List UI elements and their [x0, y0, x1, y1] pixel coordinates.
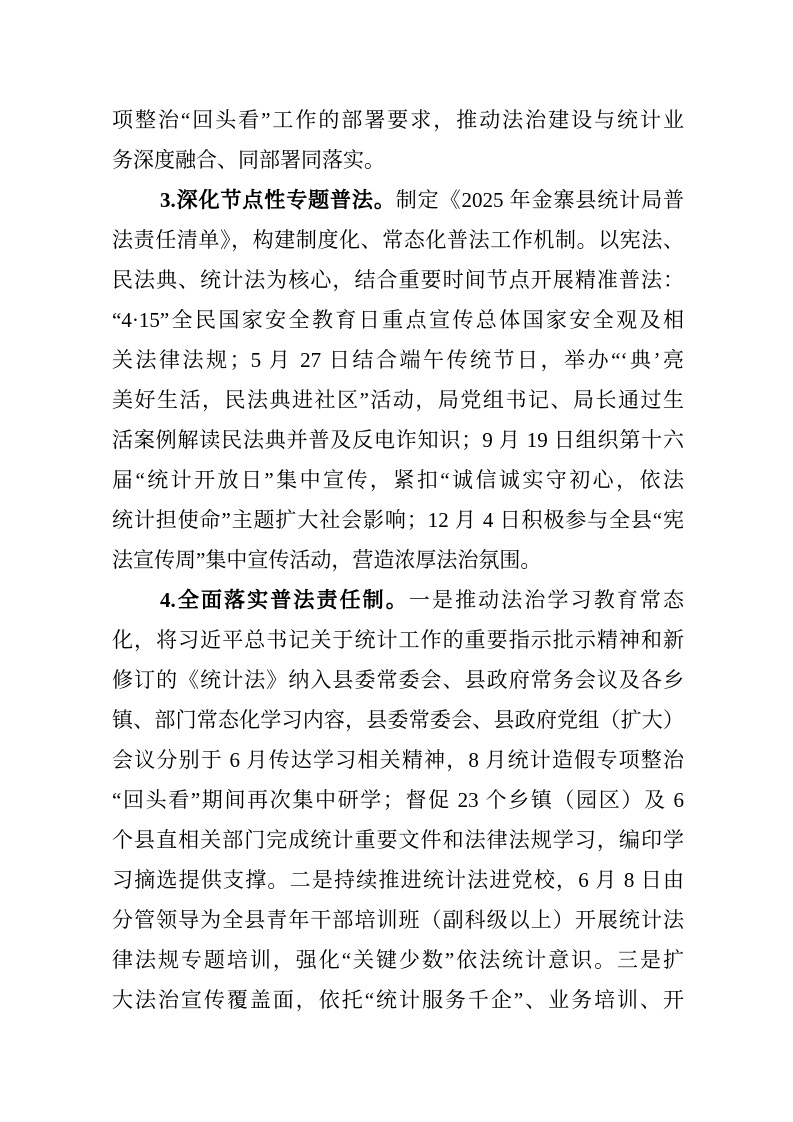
text-line: 修订的《统计法》纳入县委常委会、县政府常务会议及各乡: [112, 660, 684, 700]
text-line: 民法典、统计法为核心，结合重要时间节点开展精准普法：: [112, 260, 684, 300]
document-page: 项整治“回头看”工作的部署要求，推动法治建设与统计业务深度融合、同部署同落实。3…: [0, 0, 793, 1122]
text-line: 3.深化节点性专题普法。制定《2025 年金寨县统计局普: [112, 180, 684, 220]
text-run: 关法律法规；5 月 27 日结合端午传统节日，举办“‘典’亮: [112, 348, 684, 372]
text-run: 分管领导为全县青年干部培训班（副科级以上）开展统计法: [112, 908, 684, 932]
text-run: 制定《2025 年金寨县统计局普: [396, 188, 684, 212]
heading-run: 4.全面落实普法责任制。: [160, 588, 409, 612]
text-line: 习摘选提供支撑。二是持续推进统计法进党校，6 月 8 日由: [112, 860, 684, 900]
text-run: 镇、部门常态化学习内容，县委常委会、县政府党组（扩大）: [112, 708, 684, 732]
text-run: 法责任清单》，构建制度化、常态化普法工作机制。以宪法、: [112, 228, 684, 252]
text-line: 4.全面落实普法责任制。一是推动法治学习教育常态: [112, 580, 684, 620]
text-run: 法宣传周”集中宣传活动，营造浓厚法治氛围。: [112, 548, 541, 572]
text-run: “回头看”期间再次集中研学；督促 23 个乡镇（园区）及 6: [112, 788, 684, 812]
text-line: 美好生活，民法典进社区”活动，局党组书记、局长通过生: [112, 380, 684, 420]
text-run: 一是推动法治学习教育常态: [409, 588, 684, 612]
text-run: 美好生活，民法典进社区”活动，局党组书记、局长通过生: [112, 388, 684, 412]
text-line: 届“统计开放日”集中宣传，紧扣“诚信诚实守初心，依法: [112, 460, 684, 500]
text-line: 个县直相关部门完成统计重要文件和法律法规学习，编印学: [112, 820, 684, 860]
text-run: 届“统计开放日”集中宣传，紧扣“诚信诚实守初心，依法: [112, 468, 684, 492]
text-run: 修订的《统计法》纳入县委常委会、县政府常务会议及各乡: [112, 668, 684, 692]
text-line: 会议分别于 6 月传达学习相关精神，8 月统计造假专项整治: [112, 740, 684, 780]
heading-run: 3.深化节点性专题普法。: [160, 188, 396, 212]
text-line: 分管领导为全县青年干部培训班（副科级以上）开展统计法: [112, 900, 684, 940]
text-run: 务深度融合、同部署同落实。: [112, 148, 385, 172]
text-line: 镇、部门常态化学习内容，县委常委会、县政府党组（扩大）: [112, 700, 684, 740]
text-run: 活案例解读民法典并普及反电诈知识；9 月 19 日组织第十六: [112, 428, 684, 452]
text-run: “4·15”全民国家安全教育日重点宣传总体国家安全观及相: [112, 308, 684, 332]
text-run: 个县直相关部门完成统计重要文件和法律法规学习，编印学: [112, 828, 684, 852]
text-line: 项整治“回头看”工作的部署要求，推动法治建设与统计业: [112, 100, 684, 140]
text-line: 关法律法规；5 月 27 日结合端午传统节日，举办“‘典’亮: [112, 340, 684, 380]
text-line: 大法治宣传覆盖面，依托“统计服务千企”、业务培训、开: [112, 980, 684, 1020]
text-line: 活案例解读民法典并普及反电诈知识；9 月 19 日组织第十六: [112, 420, 684, 460]
text-run: 律法规专题培训，强化“关键少数”依法统计意识。三是扩: [112, 948, 684, 972]
text-run: 统计担使命”主题扩大社会影响；12 月 4 日积极参与全县“宪: [112, 508, 684, 532]
text-line: 律法规专题培训，强化“关键少数”依法统计意识。三是扩: [112, 940, 684, 980]
text-line: “4·15”全民国家安全教育日重点宣传总体国家安全观及相: [112, 300, 684, 340]
text-line: 法宣传周”集中宣传活动，营造浓厚法治氛围。: [112, 540, 684, 580]
text-run: 民法典、统计法为核心，结合重要时间节点开展精准普法：: [112, 268, 684, 292]
text-line: “回头看”期间再次集中研学；督促 23 个乡镇（园区）及 6: [112, 780, 684, 820]
text-run: 大法治宣传覆盖面，依托“统计服务千企”、业务培训、开: [112, 988, 684, 1012]
text-line: 务深度融合、同部署同落实。: [112, 140, 684, 180]
text-line: 化，将习近平总书记关于统计工作的重要指示批示精神和新: [112, 620, 684, 660]
text-run: 习摘选提供支撑。二是持续推进统计法进党校，6 月 8 日由: [112, 868, 684, 892]
text-run: 会议分别于 6 月传达学习相关精神，8 月统计造假专项整治: [112, 748, 684, 772]
text-run: 化，将习近平总书记关于统计工作的重要指示批示精神和新: [112, 628, 684, 652]
text-run: 项整治“回头看”工作的部署要求，推动法治建设与统计业: [112, 108, 684, 132]
document-body: 项整治“回头看”工作的部署要求，推动法治建设与统计业务深度融合、同部署同落实。3…: [112, 100, 684, 1020]
text-line: 统计担使命”主题扩大社会影响；12 月 4 日积极参与全县“宪: [112, 500, 684, 540]
text-line: 法责任清单》，构建制度化、常态化普法工作机制。以宪法、: [112, 220, 684, 260]
